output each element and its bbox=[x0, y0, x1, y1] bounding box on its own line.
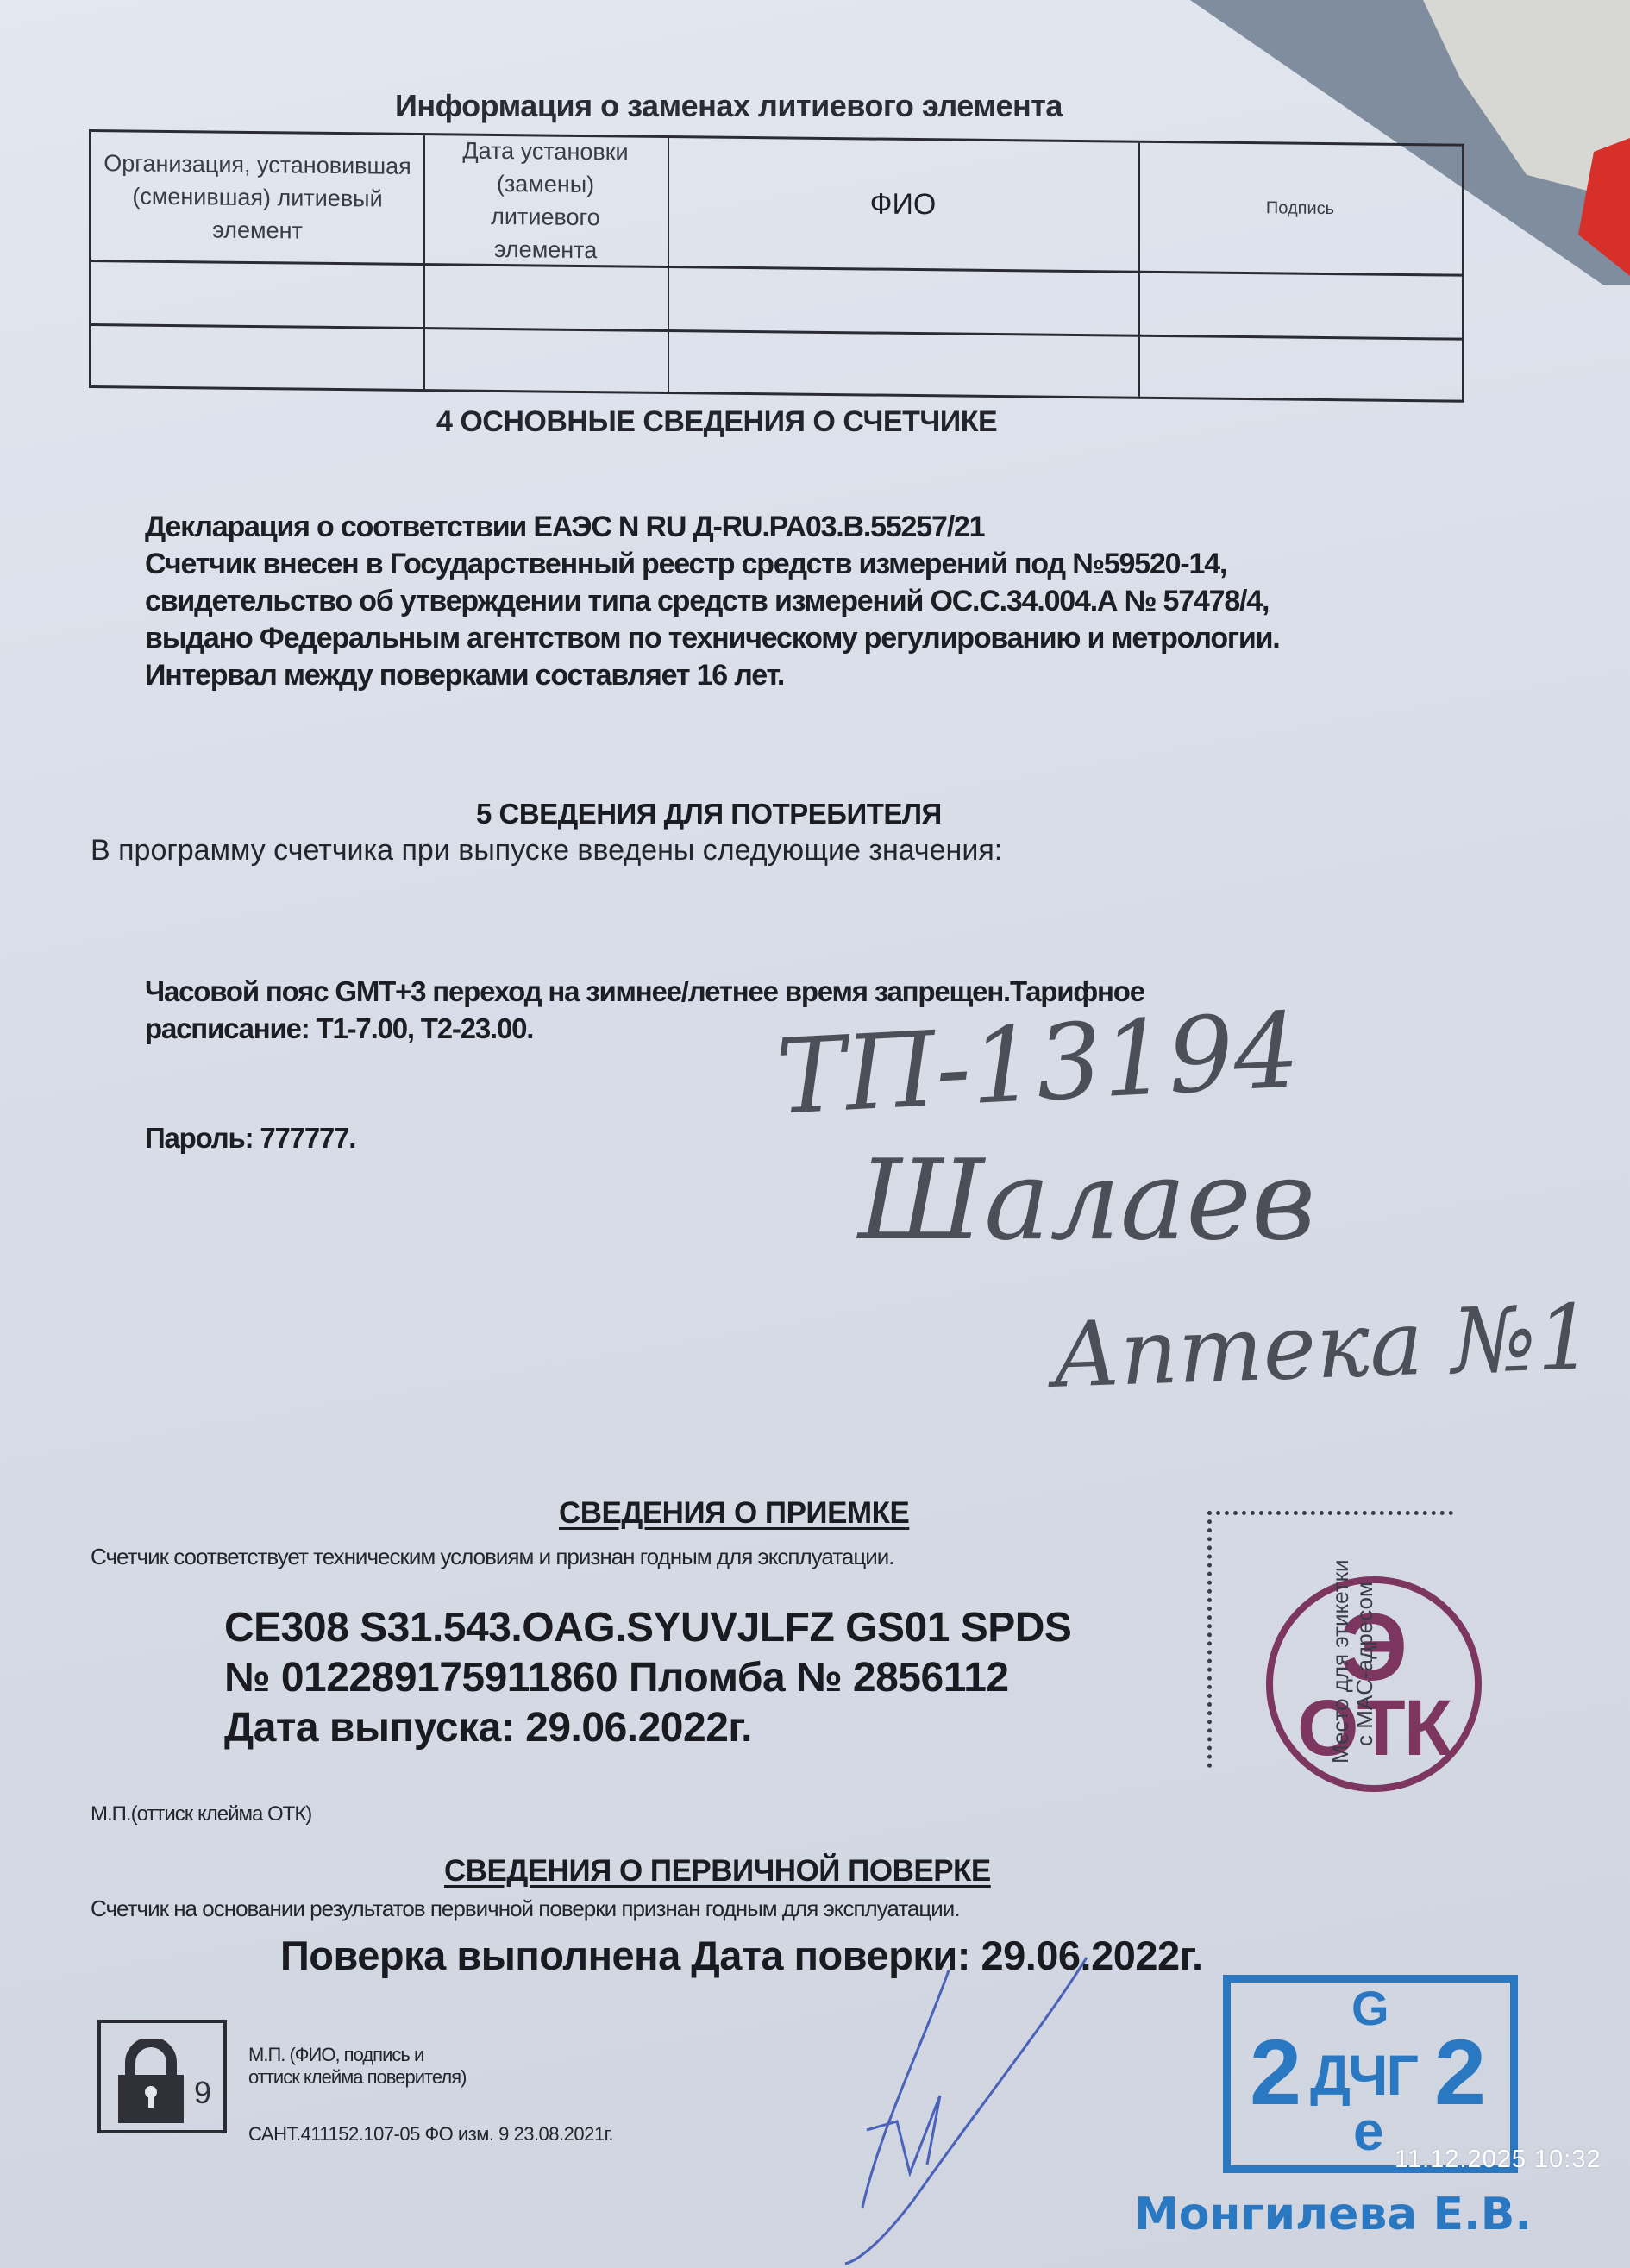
password-line: Пароль: 777777. bbox=[145, 1119, 355, 1156]
section4-title: 4 ОСНОВНЫЕ СВЕДЕНИЯ О СЧЕТЧИКЕ bbox=[436, 405, 997, 439]
verifier-stamp-left-digit: 2 bbox=[1250, 2026, 1301, 2119]
table-header-name: ФИО bbox=[668, 138, 1138, 271]
verifier-stamp-symbol: G bbox=[1351, 1984, 1389, 2033]
table-header-install-date: Дата установки (замены) литиевого элемен… bbox=[423, 135, 668, 266]
issuer-line: выдано Федеральным агентством по техниче… bbox=[145, 620, 1280, 657]
meter-serial-seal: № 012289175911860 Пломба № 2856112 bbox=[224, 1654, 1009, 1701]
verifier-stamp-caption: М.П. (ФИО, подпись и оттиск клейма повер… bbox=[248, 2044, 466, 2089]
timezone-line: Часовой пояс GMT+3 переход на зимнее/лет… bbox=[145, 973, 1144, 1010]
verifier-stamp-letters: ДЧГ bbox=[1310, 2045, 1417, 2105]
table-header-organization: Организация, установившая (сменившая) ли… bbox=[91, 132, 423, 263]
release-date: Дата выпуска: 29.06.2022г. bbox=[224, 1704, 752, 1751]
acceptance-title: СВЕДЕНИЯ О ПРИЕМКЕ bbox=[559, 1496, 909, 1531]
verification-subtitle: Счетчик на основании результатов первичн… bbox=[91, 1895, 960, 1922]
mac-label-caption: Место для этикетки с MAC-адресом bbox=[1328, 1559, 1376, 1764]
handwritten-location: Аптека №1 bbox=[1050, 1284, 1596, 1408]
registry-line: Счетчик внесен в Государственный реестр … bbox=[145, 546, 1280, 583]
photo-timestamp: 11.12.2025 10:32 bbox=[1395, 2146, 1602, 2174]
lithium-replacement-table: Организация, установившая (сменившая) ли… bbox=[89, 129, 1464, 403]
table-row[interactable] bbox=[91, 326, 1462, 403]
verifier-stamp-bottom-letter: е bbox=[1353, 2103, 1384, 2158]
acceptance-subtitle: Счетчик соответствует техническим услови… bbox=[91, 1544, 894, 1570]
declaration-line: Декларация о соответствии ЕАЭС N RU Д-RU… bbox=[145, 509, 1280, 546]
verifier-stamp-right-digit: 2 bbox=[1434, 2026, 1486, 2119]
seal-mark-box: 9 bbox=[97, 2020, 227, 2133]
certificate-line: свидетельство об утверждении типа средст… bbox=[145, 583, 1280, 620]
document-code: САНТ.411152.107-05 ФО изм. 9 23.08.2021г… bbox=[248, 2123, 613, 2146]
section5-intro: В программу счетчика при выпуске введены… bbox=[91, 834, 1002, 868]
verifier-signature bbox=[828, 1949, 1104, 2268]
otk-stamp-note: М.П.(оттиск клейма ОТК) bbox=[91, 1802, 311, 1826]
table-header-signature: Подпись bbox=[1138, 143, 1462, 274]
section4-body: Декларация о соответствии ЕАЭС N RU Д-RU… bbox=[145, 509, 1280, 694]
interval-line: Интервал между поверками составляет 16 л… bbox=[145, 657, 1280, 694]
handwritten-surname: Шалаев bbox=[858, 1137, 1315, 1265]
lock-number: 9 bbox=[194, 2075, 211, 2111]
meter-model: CE308 S31.543.OAG.SYUVJLFZ GS01 SPDS bbox=[224, 1604, 1071, 1651]
section5-title: 5 СВЕДЕНИЯ ДЛЯ ПОТРЕБИТЕЛЯ bbox=[476, 798, 942, 830]
lock-icon bbox=[115, 2039, 187, 2125]
verifier-name: Монгилева Е.В. bbox=[1134, 2189, 1532, 2240]
verification-title: СВЕДЕНИЯ О ПЕРВИЧНОЙ ПОВЕРКЕ bbox=[444, 1854, 991, 1889]
lithium-section-title: Информация о заменах литиевого элемента bbox=[395, 88, 1063, 124]
verifier-stamp: G 2 ДЧГ 2 е bbox=[1223, 1975, 1518, 2173]
